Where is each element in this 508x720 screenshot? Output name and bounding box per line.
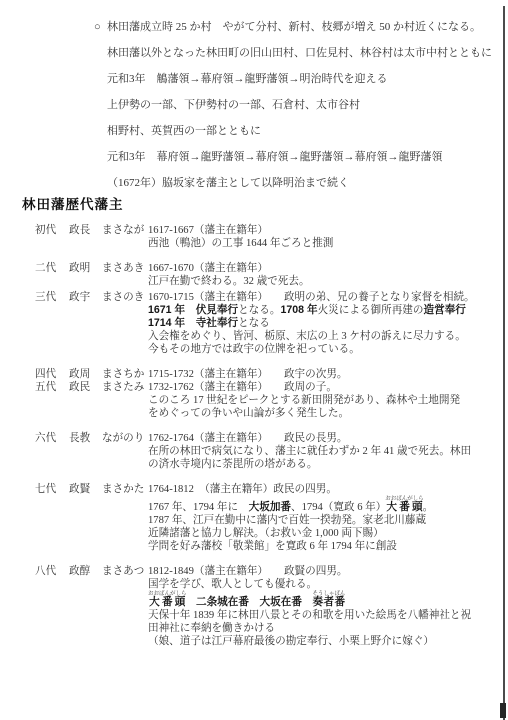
detail-line: 在所の林田で病気になり、藩主に就任わずか 2 年 41 歳で死去。林田 bbox=[148, 445, 508, 458]
text-segment: となる bbox=[238, 318, 270, 329]
circle-bullet: ○ bbox=[94, 14, 107, 40]
lord-details: 1617-1667（藩主在籍年）西池（鴨池）の工事 1644 年ごろと推測 bbox=[148, 224, 508, 250]
lord-entry: 五代政民まさたみ1732-1762（藩主在籍年） 政周の子。このころ 17 世紀… bbox=[35, 381, 508, 420]
text-segment: 1667-1670（藩主在籍年） bbox=[148, 263, 268, 274]
detail-line: 1714 年 寺社奉行となる bbox=[148, 317, 508, 330]
lord-reading: まさたみ bbox=[102, 381, 148, 420]
detail-line: 1617-1667（藩主在籍年） bbox=[148, 224, 508, 237]
detail-line: 田神社に奉納を働きかける bbox=[148, 622, 508, 635]
text-segment: 1767 年、1794 年に bbox=[148, 502, 249, 513]
text-segment: 1617-1667（藩主在籍年） bbox=[148, 225, 268, 236]
intro-line-text: 元和3年 鵤藩領→幕府領→龍野藩領→明治時代を迎える bbox=[107, 66, 388, 92]
scan-edge-artifact bbox=[503, 6, 505, 720]
intro-line-text: 元和3年 幕府領→龍野藩領→幕府領→龍野藩領→幕府領→龍野藩領 bbox=[107, 144, 443, 170]
detail-line: 今もその地方では政宇の位牌を祀っている。 bbox=[148, 343, 508, 356]
lord-id: 四代政周まさちか bbox=[35, 368, 148, 381]
intro-line: 元和3年 幕府領→龍野藩領→幕府領→龍野藩領→幕府領→龍野藩領 bbox=[94, 144, 508, 170]
detail-line: 1812-1849（藩主在籍年） 政賢の四男。 bbox=[148, 565, 508, 578]
detail-line: 天保十年 1839 年に林田八景とその和歌を用いた絵馬を八幡神社と祝 bbox=[148, 609, 508, 622]
circle-bullet bbox=[94, 144, 107, 170]
section-heading: 林田藩歴代藩主 bbox=[22, 198, 508, 212]
text-segment: 1708 年 bbox=[280, 304, 317, 316]
lord-generation: 三代 bbox=[35, 291, 69, 356]
lord-name: 政醇 bbox=[69, 565, 102, 648]
intro-line-text: 上伊勢の一部、下伊勢村の一部、石倉村、太市谷村 bbox=[107, 92, 360, 118]
text-segment: 西池（鴨池）の工事 1644 年ごろと推測 bbox=[148, 238, 333, 249]
detail-line: 学問を好み藩校「敬業館」を寛政 6 年 1794 年に創設 bbox=[148, 540, 508, 553]
intro-line-text: 林田藩以外となった林田町の旧山田村、口佐見村、林谷村は太市中村とともに bbox=[107, 40, 492, 66]
lord-reading: まさあつ bbox=[102, 565, 148, 648]
lord-reading: まさのき bbox=[102, 291, 148, 356]
text-segment: 大坂加番 bbox=[249, 501, 291, 513]
text-segment: 江戸在勤で終わる。32 歳で死去。 bbox=[148, 276, 310, 287]
lord-id: 七代政賢まさかた bbox=[35, 483, 148, 553]
detail-line: このころ 17 世紀をピークとする新田開発があり、森林や土地開発 bbox=[148, 394, 508, 407]
detail-line: 1764-1812 （藩主在籍年）政民の四男。 bbox=[148, 483, 508, 496]
lord-name: 長教 bbox=[69, 432, 102, 471]
text-segment: 1715-1732（藩主在籍年） 政宇の次男。 bbox=[148, 369, 348, 380]
lord-id: 六代長教ながのり bbox=[35, 432, 148, 471]
lord-reading: まさちか bbox=[102, 368, 148, 381]
lord-name: 政民 bbox=[69, 381, 102, 420]
detail-line: 入会権をめぐり、皆河、栃原、末広の上 3 ケ村の訴えに尽力する。 bbox=[148, 330, 508, 343]
detail-line: 1671 年 伏見奉行となる。1708 年火災による御所再建の造営奉行 bbox=[148, 304, 508, 317]
lord-details: 1715-1732（藩主在籍年） 政宇の次男。 bbox=[148, 368, 508, 381]
lord-generation: 七代 bbox=[35, 483, 69, 553]
lord-reading: まさなが bbox=[102, 224, 148, 250]
lord-details: 1670-1715（藩主在籍年） 政明の弟、兄の養子となり家督を相続。1671 … bbox=[148, 291, 508, 356]
lord-details: 1764-1812 （藩主在籍年）政民の四男。1767 年、1794 年に 大坂… bbox=[148, 483, 508, 553]
text-segment: 火災による御所再建の bbox=[318, 305, 424, 316]
detail-line: 江戸在勤で終わる。32 歳で死去。 bbox=[148, 275, 508, 288]
intro-line: ○林田藩成立時 25 か村 やがて分村、新村、枝郷が増え 50 か村近くになる。 bbox=[94, 14, 508, 40]
ruby-term: 奏者番そうしゃばん bbox=[313, 596, 346, 608]
ruby-term: 大番頭おおばんがしら bbox=[386, 501, 422, 513]
scan-corner-artifact bbox=[500, 703, 506, 718]
text-segment: 1762-1764（藩主在籍年） 政民の長男。 bbox=[148, 433, 348, 444]
detail-line: 1732-1762（藩主在籍年） 政周の子。 bbox=[148, 381, 508, 394]
detail-line: 1762-1764（藩主在籍年） 政民の長男。 bbox=[148, 432, 508, 445]
text-segment: 1670-1715（藩主在籍年） 政明の弟、兄の養子となり家督を相続。 bbox=[148, 292, 475, 303]
ruby-term: 大番頭おおばんがしら bbox=[148, 596, 185, 608]
text-segment: 1671 年 伏見奉行 bbox=[148, 304, 238, 316]
detail-line: 1667-1670（藩主在籍年） bbox=[148, 262, 508, 275]
text-segment: 1732-1762（藩主在籍年） 政周の子。 bbox=[148, 382, 337, 393]
lord-id: 五代政民まさたみ bbox=[35, 381, 148, 420]
lord-entry: 六代長教ながのり1762-1764（藩主在籍年） 政民の長男。在所の林田で病気に… bbox=[35, 432, 508, 471]
lord-entry: 七代政賢まさかた1764-1812 （藩主在籍年）政民の四男。1767 年、17… bbox=[35, 483, 508, 553]
lord-generation: 六代 bbox=[35, 432, 69, 471]
lord-name: 政長 bbox=[69, 224, 102, 250]
text-segment: 天保十年 1839 年に林田八景とその和歌を用いた絵馬を八幡神社と祝 bbox=[148, 610, 471, 621]
intro-line-text: 林田藩成立時 25 か村 やがて分村、新村、枝郷が増え 50 か村近くになる。 bbox=[107, 14, 481, 40]
text-segment: 1764-1812 （藩主在籍年）政民の四男。 bbox=[148, 484, 337, 495]
circle-bullet bbox=[94, 118, 107, 144]
intro-line: 上伊勢の一部、下伊勢村の一部、石倉村、太市谷村 bbox=[94, 92, 508, 118]
text-segment: （娘、道子は江戸幕府最後の勘定奉行、小栗上野介に嫁ぐ） bbox=[148, 636, 434, 647]
text-segment: 入会権をめぐり、皆河、栃原、末広の上 3 ケ村の訴えに尽力する。 bbox=[148, 331, 466, 342]
detail-line: 大番頭おおばんがしら 二条城在番 大坂在番 奏者番そうしゃばん bbox=[148, 591, 508, 609]
lord-id: 初代政長まさなが bbox=[35, 224, 148, 250]
text-segment: 今もその地方では政宇の位牌を祀っている。 bbox=[148, 344, 360, 355]
lord-generation: 八代 bbox=[35, 565, 69, 648]
circle-bullet bbox=[94, 170, 107, 196]
lord-entry: 初代政長まさなが1617-1667（藩主在籍年）西池（鴨池）の工事 1644 年… bbox=[35, 224, 508, 250]
intro-line: 林田藩以外となった林田町の旧山田村、口佐見村、林谷村は太市中村とともに bbox=[94, 40, 508, 66]
lords-list: 初代政長まさなが1617-1667（藩主在籍年）西池（鴨池）の工事 1644 年… bbox=[35, 224, 508, 648]
text-segment: 。 bbox=[423, 502, 434, 513]
intro-section: ○林田藩成立時 25 か村 やがて分村、新村、枝郷が増え 50 か村近くになる。… bbox=[94, 14, 508, 196]
detail-line: 西池（鴨池）の工事 1644 年ごろと推測 bbox=[148, 237, 508, 250]
detail-line: 1715-1732（藩主在籍年） 政宇の次男。 bbox=[148, 368, 508, 381]
lord-generation: 二代 bbox=[35, 262, 69, 288]
text-segment: 1714 年 寺社奉行 bbox=[148, 317, 238, 329]
lord-details: 1812-1849（藩主在籍年） 政賢の四男。国学を学び、歌人としても優れる。大… bbox=[148, 565, 508, 648]
lord-name: 政周 bbox=[69, 368, 102, 381]
text-segment: 国学を学び、歌人としても優れる。 bbox=[148, 579, 317, 590]
text-segment: をめぐっての争いや山論が多く発生した。 bbox=[148, 408, 349, 419]
detail-line: をめぐっての争いや山論が多く発生した。 bbox=[148, 407, 508, 420]
lord-name: 政賢 bbox=[69, 483, 102, 553]
lord-details: 1762-1764（藩主在籍年） 政民の長男。在所の林田で病気になり、藩主に就任… bbox=[148, 432, 508, 471]
intro-line: 相野村、英賀西の一部とともに bbox=[94, 118, 508, 144]
lord-generation: 四代 bbox=[35, 368, 69, 381]
intro-line-text: 相野村、英賀西の一部とともに bbox=[107, 118, 261, 144]
text-segment: 1787 年、江戸在勤中に藩内で百姓一揆勃発。家老北川藤蔵 bbox=[148, 515, 426, 526]
text-segment: このころ 17 世紀をピークとする新田開発があり、森林や土地開発 bbox=[148, 395, 460, 406]
lord-entry: 三代政宇まさのき1670-1715（藩主在籍年） 政明の弟、兄の養子となり家督を… bbox=[35, 291, 508, 356]
lord-name: 政明 bbox=[69, 262, 102, 288]
lord-details: 1667-1670（藩主在籍年）江戸在勤で終わる。32 歳で死去。 bbox=[148, 262, 508, 288]
text-segment: 近隣諸藩と協力し解決。（お救い金 1,000 両下賜） bbox=[148, 528, 384, 539]
lord-id: 三代政宇まさのき bbox=[35, 291, 148, 356]
lord-details: 1732-1762（藩主在籍年） 政周の子。このころ 17 世紀をピークとする新… bbox=[148, 381, 508, 420]
text-segment: 田神社に奉納を働きかける bbox=[148, 623, 275, 634]
lord-reading: ながのり bbox=[102, 432, 148, 471]
text-segment: 在所の林田で病気になり、藩主に就任わずか 2 年 41 歳で死去。林田 bbox=[148, 446, 471, 457]
lord-generation: 初代 bbox=[35, 224, 69, 250]
text-segment: の済水寺境内に荼毘所の塔がある。 bbox=[148, 459, 318, 470]
intro-line: 元和3年 鵤藩領→幕府領→龍野藩領→明治時代を迎える bbox=[94, 66, 508, 92]
text-segment: となる。 bbox=[238, 305, 280, 316]
lord-entry: 八代政醇まさあつ1812-1849（藩主在籍年） 政賢の四男。国学を学び、歌人と… bbox=[35, 565, 508, 648]
detail-line: 国学を学び、歌人としても優れる。 bbox=[148, 578, 508, 591]
lord-reading: まさあき bbox=[102, 262, 148, 288]
detail-line: の済水寺境内に荼毘所の塔がある。 bbox=[148, 458, 508, 471]
lord-id: 二代政明まさあき bbox=[35, 262, 148, 288]
intro-line: （1672年）脇坂家を藩主として以降明治まで続く bbox=[94, 170, 508, 196]
lord-id: 八代政醇まさあつ bbox=[35, 565, 148, 648]
circle-bullet bbox=[94, 40, 107, 66]
circle-bullet bbox=[94, 92, 107, 118]
scanned-document-page: ○林田藩成立時 25 か村 やがて分村、新村、枝郷が増え 50 か村近くになる。… bbox=[0, 0, 508, 720]
lord-entry: 四代政周まさちか1715-1732（藩主在籍年） 政宇の次男。 bbox=[35, 368, 508, 381]
detail-line: 近隣諸藩と協力し解決。（お救い金 1,000 両下賜） bbox=[148, 527, 508, 540]
text-segment: 学問を好み藩校「敬業館」を寛政 6 年 1794 年に創設 bbox=[148, 541, 397, 552]
detail-line: 1767 年、1794 年に 大坂加番、1794（寛政 6 年）大番頭おおばんが… bbox=[148, 496, 508, 514]
detail-line: （娘、道子は江戸幕府最後の勘定奉行、小栗上野介に嫁ぐ） bbox=[148, 635, 508, 648]
lord-name: 政宇 bbox=[69, 291, 102, 356]
lord-entry: 二代政明まさあき1667-1670（藩主在籍年）江戸在勤で終わる。32 歳で死去… bbox=[35, 262, 508, 288]
text-segment: 二条城在番 大坂在番 bbox=[185, 596, 312, 608]
lord-reading: まさかた bbox=[102, 483, 148, 553]
text-segment: 1812-1849（藩主在籍年） 政賢の四男。 bbox=[148, 566, 348, 577]
intro-line-text: （1672年）脇坂家を藩主として以降明治まで続く bbox=[107, 170, 349, 196]
lord-generation: 五代 bbox=[35, 381, 69, 420]
text-segment: 造営奉行 bbox=[424, 304, 466, 316]
circle-bullet bbox=[94, 66, 107, 92]
text-segment: 、1794（寛政 6 年） bbox=[291, 502, 386, 513]
detail-line: 1787 年、江戸在勤中に藩内で百姓一揆勃発。家老北川藤蔵 bbox=[148, 514, 508, 527]
detail-line: 1670-1715（藩主在籍年） 政明の弟、兄の養子となり家督を相続。 bbox=[148, 291, 508, 304]
